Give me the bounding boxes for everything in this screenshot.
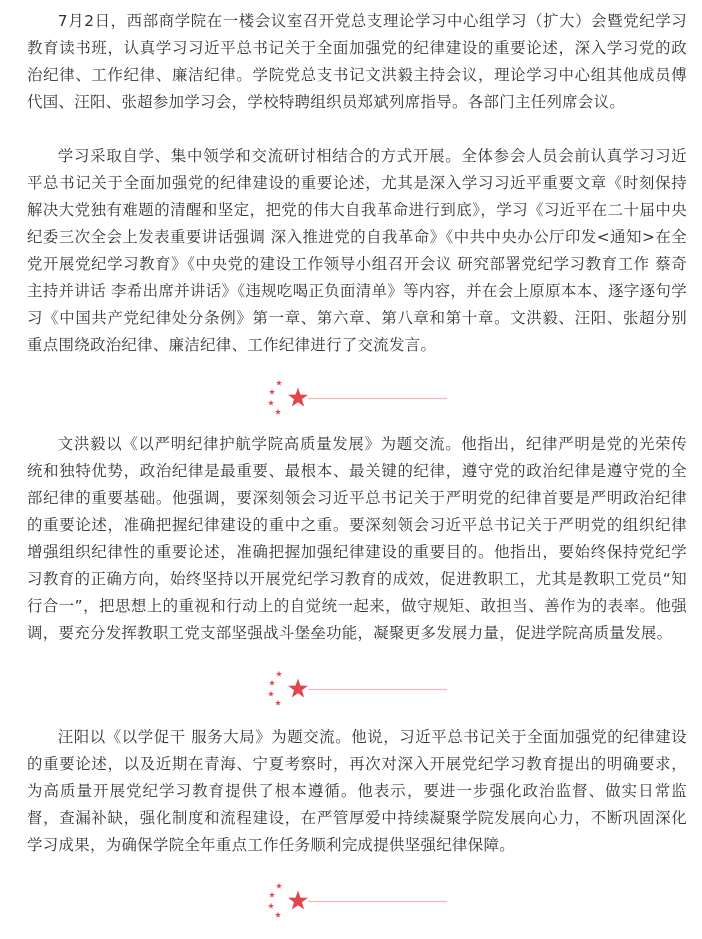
paragraph-wen-hongyi: 文洪毅以《以严明纪律护航学院高质量发展》为题交流。他指出，纪律严明是党的光荣传统…: [27, 431, 687, 647]
five-star-emblem-icon: [0, 876, 702, 926]
five-star-emblem-icon: [0, 373, 702, 423]
section-divider: [0, 373, 702, 423]
paragraph-study-method: 学习采取自学、集中领学和交流研讨相结合的方式开展。全体参会人员会前认真学习习近平…: [27, 143, 687, 359]
article-body: 7月2日，西部商学院在一楼会议室召开党总支理论学习中心组学习（扩大）会暨党纪学习…: [27, 0, 687, 926]
section-divider: [0, 664, 702, 714]
paragraph-wang-yang: 汪阳以《以学促干 服务大局》为题交流。他说，习近平总书记关于全面加强党的纪律建设…: [27, 724, 687, 859]
five-star-emblem-icon: [0, 664, 702, 714]
section-divider: [0, 876, 702, 926]
paragraph-intro: 7月2日，西部商学院在一楼会议室召开党总支理论学习中心组学习（扩大）会暨党纪学习…: [27, 8, 687, 116]
